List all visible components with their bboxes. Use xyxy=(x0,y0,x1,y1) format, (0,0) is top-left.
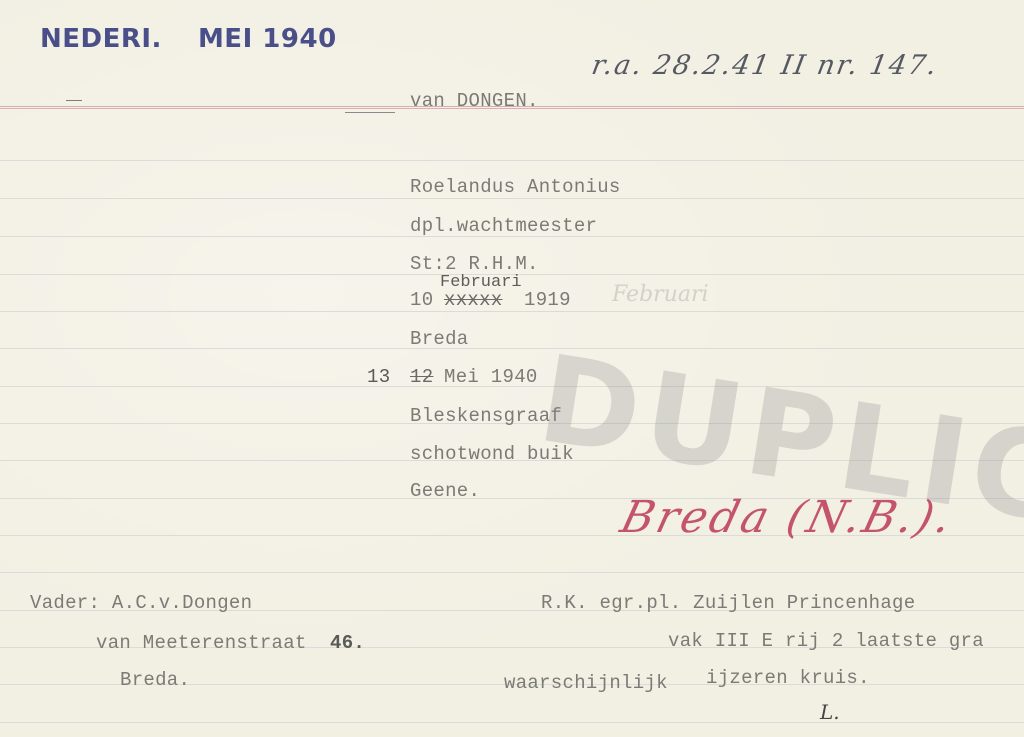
duplicaat-stamp: DUPLICAAT xyxy=(530,330,1024,593)
birth-place: Breda xyxy=(410,328,469,350)
ruled-line xyxy=(0,572,1024,573)
red-annotation: Breda (N.B.). xyxy=(616,492,960,543)
surname: van DONGEN. xyxy=(410,90,539,112)
initial-mark: L. xyxy=(820,700,840,724)
burial-probable: waarschijnlijk xyxy=(504,672,668,694)
pencil-tick xyxy=(345,112,395,113)
given-names: Roelandus Antonius xyxy=(410,176,621,198)
death-date: Mei 1940 xyxy=(444,366,538,388)
unit: St:2 R.H.M. xyxy=(410,253,539,275)
nederland-stamp: NEDERI.MEI 1940 xyxy=(40,24,373,54)
reference-note: r.a. 28.2.41 II nr. 147. xyxy=(589,50,940,81)
burial-line-1: R.K. egr.pl. Zuijlen Princenhage xyxy=(541,592,915,614)
stamp-country: NEDERI. xyxy=(40,24,162,54)
index-card: NEDERI.MEI 1940 r.a. 28.2.41 II nr. 147.… xyxy=(0,0,1024,737)
ruled-line xyxy=(0,160,1024,161)
birth-day: 10 xyxy=(410,289,433,311)
death-day-struck: 12 xyxy=(410,366,433,388)
birth-month-struck: xxxxx xyxy=(444,289,503,311)
burial-line-2: vak III E rij 2 laatste gra xyxy=(668,630,984,652)
ruled-line xyxy=(0,311,1024,312)
ruled-line xyxy=(0,198,1024,199)
rank: dpl.wachtmeester xyxy=(410,215,597,237)
death-day-corrected: 13 xyxy=(367,366,390,388)
burial-cross: ijzeren kruis. xyxy=(706,667,870,689)
father-street: van Meeterenstraat xyxy=(96,632,307,654)
ruled-line xyxy=(0,722,1024,723)
pencil-tick xyxy=(66,100,82,101)
stamp-date: MEI 1940 xyxy=(198,24,337,54)
father-house-number: 46. xyxy=(330,632,365,654)
birth-year: 1919 xyxy=(524,289,571,311)
ruled-line xyxy=(0,348,1024,349)
remarks: Geene. xyxy=(410,480,480,502)
faint-pencil-note: Februari xyxy=(612,282,709,307)
father-city: Breda. xyxy=(120,669,190,691)
father-name: Vader: A.C.v.Dongen xyxy=(30,592,252,614)
